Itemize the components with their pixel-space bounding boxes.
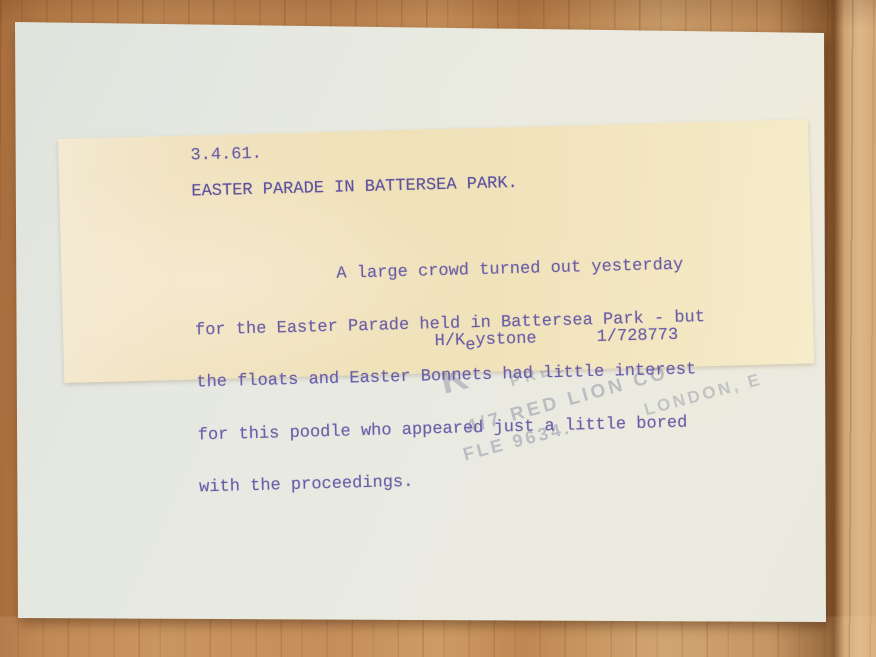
caption-date: 3.4.61.: [190, 145, 262, 166]
credit-prefix: H/K: [434, 331, 465, 351]
caption-body-line: with the proceedings.: [199, 466, 709, 497]
caption-body-line: for this poodle who appeared just a litt…: [198, 414, 708, 445]
credit-reference-number: 1/728773: [596, 326, 678, 347]
credit-subscript-e: e: [465, 336, 476, 355]
caption-credit: H/Keystone1/728773: [373, 307, 679, 372]
caption-label: 3.4.61. EASTER PARADE IN BATTERSEA PARK.…: [58, 119, 814, 383]
caption-body: A large crowd turned out yesterday for t…: [193, 221, 711, 532]
credit-suffix: ystone: [475, 330, 537, 351]
caption-headline: EASTER PARADE IN BATTERSEA PARK.: [191, 174, 518, 202]
photo-on-table-scene: K PRESS A 4/7 RED LION CO LONDON, E FLE …: [0, 0, 876, 657]
caption-body-line: A large crowd turned out yesterday: [193, 256, 703, 287]
